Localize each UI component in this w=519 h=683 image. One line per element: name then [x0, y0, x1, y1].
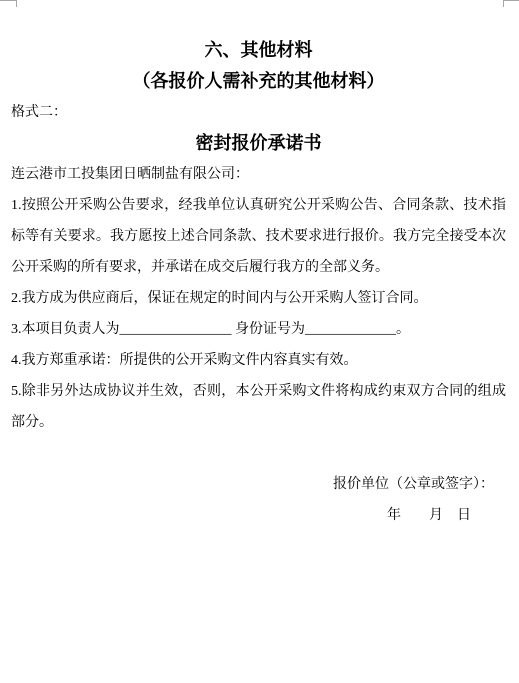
- document-content: 六、其他材料 （各报价人需补充的其他材料） 格式二： 密封报价承诺书 连云港市工…: [0, 0, 519, 531]
- paragraph-4: 4.我方郑重承诺：所提供的公开采购文件内容真实有效。: [11, 345, 506, 376]
- paragraph-2: 2.我方成为供应商后，保证在规定的时间内与公开采购人签订合同。: [11, 283, 506, 314]
- date-line: 年 月 日: [11, 500, 506, 531]
- section-subtitle: （各报价人需补充的其他材料）: [11, 66, 506, 97]
- section-title: 六、其他材料: [11, 35, 506, 66]
- paragraph-1: 1.按照公开采购公告要求，经我单位认真研究公开采购公告、合同条款、技术指标等有关…: [11, 190, 506, 283]
- signature-label: 报价单位（公章或签字）：: [11, 469, 506, 500]
- salutation: 连云港市工投集团日晒制盐有限公司：: [11, 159, 506, 190]
- document-title: 密封报价承诺书: [11, 128, 506, 159]
- document-page: 六、其他材料 （各报价人需补充的其他材料） 格式二： 密封报价承诺书 连云港市工…: [0, 0, 519, 683]
- paragraph-5: 5.除非另外达成协议并生效，否则，本公开采购文件将构成约束双方合同的组成部分。: [11, 376, 506, 438]
- format-label: 格式二：: [11, 97, 506, 128]
- paragraph-3-blank-fields: 3.本项目负责人为________________ 身份证号为_________…: [11, 314, 506, 345]
